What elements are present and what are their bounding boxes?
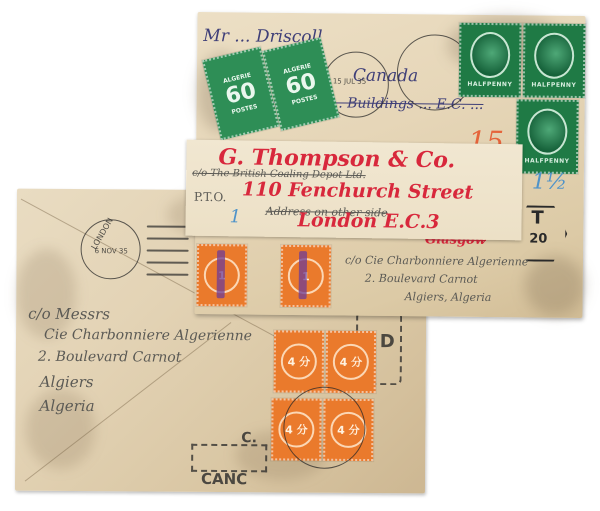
back-address-line1: c/o Messrs [28, 305, 110, 324]
pto-note: P.T.O. [194, 190, 227, 204]
tax-mark-letter: T [531, 207, 544, 228]
redirect-line3: London E.C.3 [297, 209, 439, 233]
china-stamp: 4 分 [274, 330, 324, 392]
forwarding-address-line2: 2. Boulevard Carnot [365, 272, 478, 286]
tax-mark-number: 20 [529, 231, 547, 246]
postmark-date: 6 NOV 35 [95, 247, 128, 255]
gb-halfpenny-stamp: HALFPENNY [516, 99, 579, 174]
back-address-line3: 2. Boulevard Carnot [38, 349, 182, 366]
china-postmark [283, 386, 366, 469]
crayon-mark-1: 1 [229, 206, 241, 227]
redirect-line1: G. Thompson & Co. [218, 144, 455, 173]
back-address-line2: Cie Charbonniere Algerienne [44, 327, 252, 344]
postal-covers-photo: LONDON 6 NOV 35 c/o Messrs Cie Charbonni… [0, 0, 600, 511]
forwarding-address-line3: Algiers, Algeria [405, 290, 492, 304]
crayon-number-1-half: 1½ [532, 169, 568, 194]
redirect-line2: 110 Fenchurch Street [242, 178, 474, 203]
gb-halfpenny-stamp: HALFPENNY [523, 23, 586, 98]
cancel-text: CANC [201, 470, 247, 488]
front-postmark-date: 15 JUL 35 [333, 77, 366, 85]
back-address-line4: Algiers [40, 373, 94, 391]
china-stamp: 4 分 [326, 331, 376, 393]
back-address-line5: Algeria [39, 397, 94, 415]
forwarding-address-line1: c/o Cie Charbonniere Algerienne [345, 254, 528, 269]
redirect-label: c/o The British Coaling Depot Ltd. P.T.O… [185, 140, 522, 241]
gb-halfpenny-stamp: HALFPENNY [459, 23, 522, 98]
